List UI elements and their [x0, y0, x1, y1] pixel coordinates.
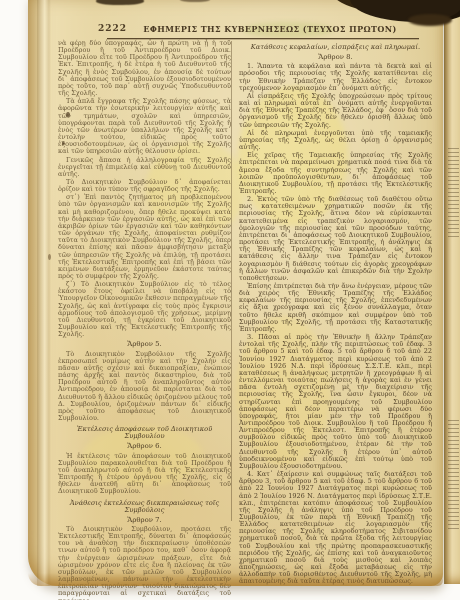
paragraph: Αἱ δὲ πληρωμαὶ ἐνεργοῦνται ὑπὸ τῆς ταμει…: [239, 130, 432, 151]
paragraph: 2. Ἐκτὸς τῶν ὑπὸ τῆς διαθέσεως τοῦ διαθέ…: [239, 196, 432, 282]
next-page-text-fragment: [448, 148, 459, 238]
paragraph: ζ᾽) Τὸ Διοικητικὸν Συμβούλιον εἰς τὸ τέλ…: [58, 281, 231, 338]
paragraph: 4. Κατ᾽ ἐξαίρεσιν καὶ συμφώνως ταῖς διατ…: [239, 471, 432, 586]
page-number: 2222: [98, 24, 127, 34]
document-page: 2222 ΕΦΗΜΕΡΙΣ ΤΗΣ ΚΥΒΕΡΝΗΣΕΩΣ (ΤΕΥΧΟΣ ΠΡ…: [28, 0, 443, 586]
ink-speck: [48, 254, 51, 260]
gazette-masthead: ΕΦΗΜΕΡΙΣ ΤΗΣ ΚΥΒΕΡΝΗΣΕΩΣ (ΤΕΥΧΟΣ ΠΡΩΤΟΝ): [136, 24, 404, 34]
article-heading: Ἄρθρον 5.: [58, 341, 231, 348]
paragraph: 3. Πᾶσαι αἱ πρὸς τὴν Ἐθνικὴν ἢ ἄλλην Τρά…: [239, 334, 432, 470]
paragraph: Τὸ Διοικητικὸν Συμβούλιον δ᾽ ἀποφαίνεται…: [58, 179, 231, 193]
page-fold-crease: [37, 0, 51, 586]
paragraph: Εἰς χεῖρας τῆς Ταμειακῆς ὑπηρεσίας τῆς Σ…: [239, 152, 432, 195]
next-page-edge: [444, 0, 460, 584]
next-page-text-fragment: [448, 420, 459, 530]
paragraph: Τὸ Διοικητικὸν Συμβούλιον τῆς Σχολῆς ἐκπ…: [58, 351, 231, 423]
paragraph: στ᾽) Ἐπὶ παντὸς ζητήματος μὴ προβλεπομέν…: [58, 194, 231, 280]
paragraph: νὰ φέρῃ δύο ὑπογραφάς, ὧν ἡ πρώτη νὰ ᾖ ἡ…: [58, 40, 231, 97]
paragraph: Τὰ ἁπλᾶ ἔγγραφα τῆς Σχολῆς πάσης φύσεως,…: [58, 98, 231, 155]
paragraph: 1. Ἅπαντα τὰ κεφάλαια καὶ πάντα τὰ δεκτὰ…: [239, 63, 432, 92]
left-text-column: νὰ φέρῃ δύο ὑπογραφάς, ὧν ἡ πρώτη νὰ ᾖ ἡ…: [58, 40, 231, 600]
right-text-column: Κατάθεσις κεφαλαίων, εἰσπράξεις καὶ πληρ…: [239, 40, 432, 587]
article-heading: Ἄρθρον 8.: [239, 54, 432, 61]
paragraph: Ἡ ἐκτέλεσις τῶν ἀποφάσεων τοῦ Διοικητικο…: [58, 453, 231, 496]
ink-speck: [62, 142, 65, 145]
article-heading: Ἄρθρον 6.: [58, 443, 231, 450]
page-header: 2222 ΕΦΗΜΕΡΙΣ ΤΗΣ ΚΥΒΕΡΝΗΣΕΩΣ (ΤΕΥΧΟΣ ΠΡ…: [28, 22, 443, 40]
section-heading: Κατάθεσις κεφαλαίων, εἰσπράξεις καὶ πληρ…: [245, 44, 426, 51]
article-heading: Ἄρθρον 7.: [58, 517, 231, 524]
paragraph: Ἐπίσης ἐπιτρέπεται διὰ τὴν ἄνω ἐνέργειαν…: [239, 283, 432, 333]
ink-speck: [66, 112, 70, 117]
section-heading: Ἐκτέλεσις ἀποφάσεων τοῦ Διοικητικοῦ Συμβ…: [64, 426, 225, 440]
column-divider: [231, 41, 232, 521]
paragraph: Γενικῶς ἅπασα ἡ ἀλληλογραφία τῆς Σχολῆς …: [58, 157, 231, 178]
section-heading: Ἀνάθεσις ἐκτελέσεως διεκπεραιώσεως τοῖς …: [64, 500, 225, 514]
paragraph: Αἱ εἰσπράξεις τῆς Σχολῆς ὑποχρεώσεων πρὸ…: [239, 93, 432, 129]
paragraph: Τὸ Διοικητικὸν Συμβούλιον, προτάσει τῆς …: [58, 526, 231, 600]
scanner-background: { "document": { "page_number": "2222", "…: [0, 0, 460, 600]
